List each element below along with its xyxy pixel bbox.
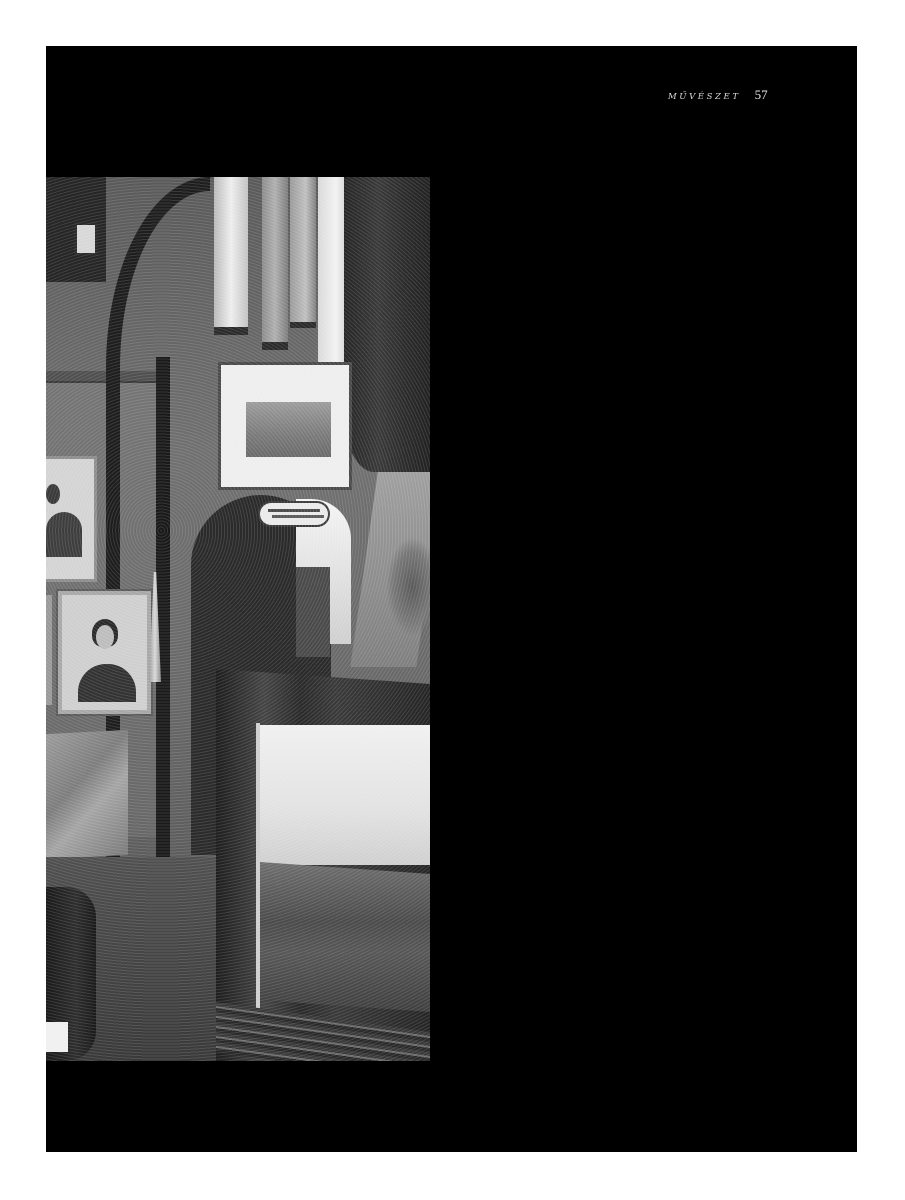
section-title: MŰVÉSZET — [668, 92, 741, 102]
book-page: MŰVÉSZET 57 — [46, 46, 857, 1152]
running-header: MŰVÉSZET 57 — [668, 87, 768, 103]
page-number: 57 — [755, 87, 768, 103]
film-grain — [46, 177, 430, 1061]
interior-photograph — [46, 177, 430, 1061]
